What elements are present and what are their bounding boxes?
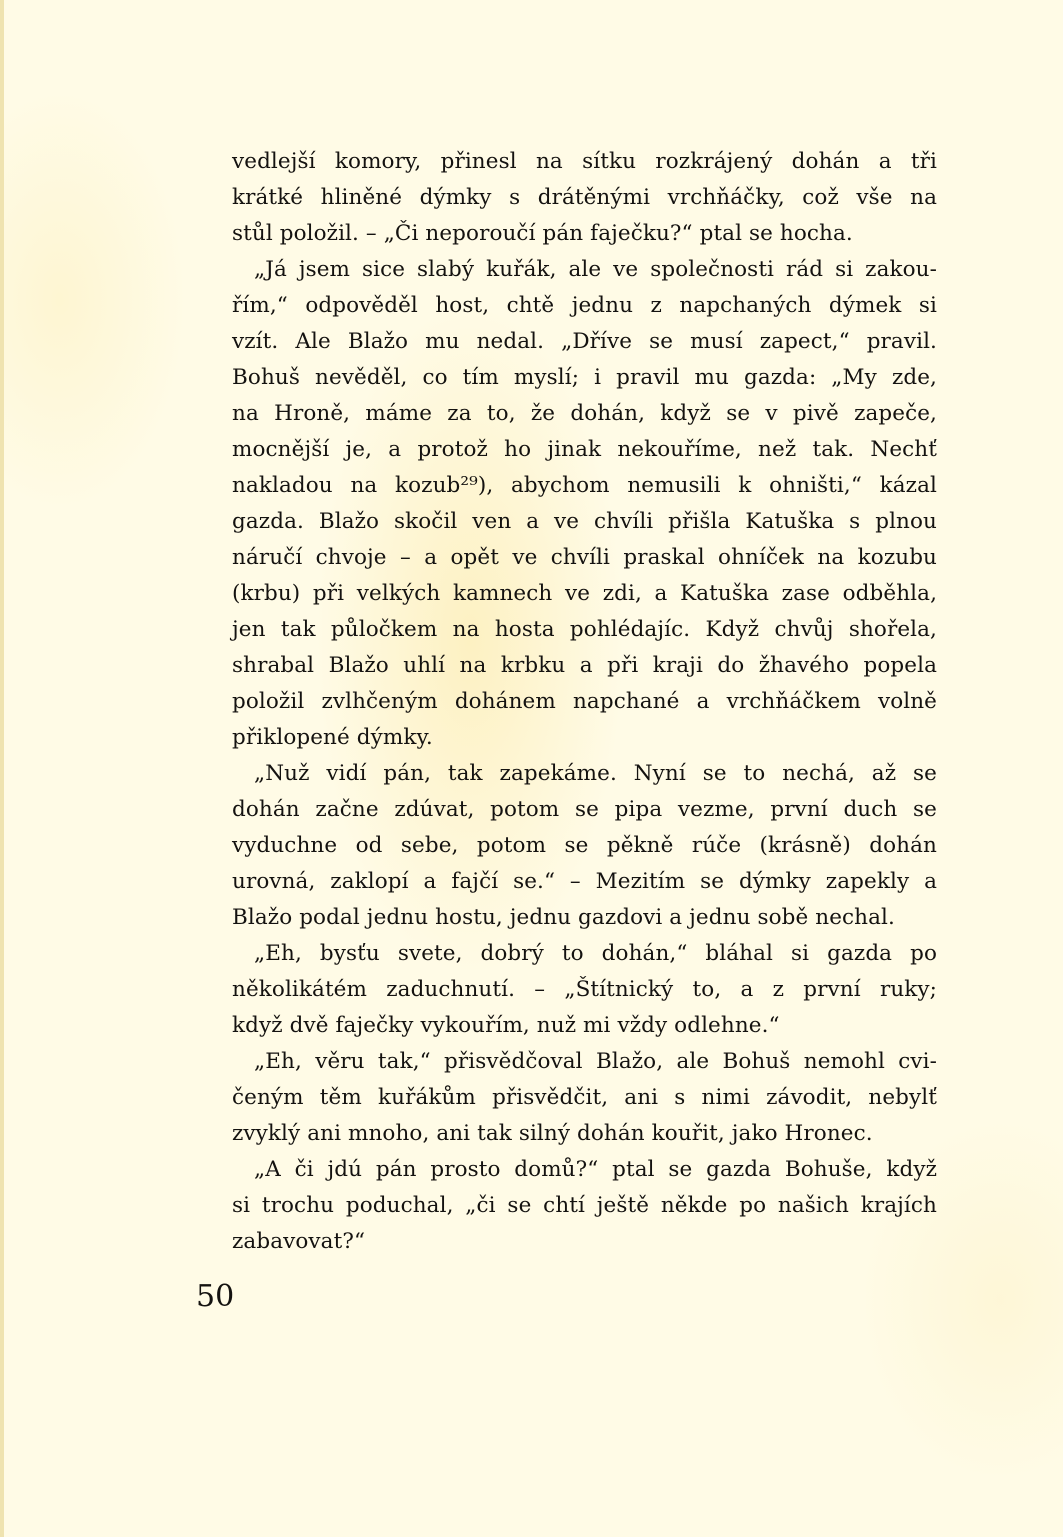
text-line: Blažo podal jednu hostu, jednu gazdovi a… [232, 900, 937, 936]
text-line: si trochu poduchal, „či se chtí ještě ně… [232, 1188, 937, 1224]
text-line: „Eh, bysťu svete, dobrý to dohán,“ bláha… [232, 936, 937, 972]
text-line: „A či jdú pán prosto domů?“ ptal se gazd… [232, 1152, 937, 1188]
text-line: (krbu) při velkých kamnech ve zdi, a Kat… [232, 576, 937, 612]
text-line: několikátém zaduchnutí. – „Štítnický to,… [232, 972, 937, 1008]
text-line: gazda. Blažo skočil ven a ve chvíli přiš… [232, 504, 937, 540]
text-line: dohán začne zdúvat, potom se pipa vezme,… [232, 792, 937, 828]
book-page: vedlejší komory, přinesl na sítku rozkrá… [0, 0, 1063, 1537]
text-line: krátké hliněné dýmky s drátěnými vrchňáč… [232, 180, 937, 216]
text-line: když dvě faječky vykouřím, nuž mi vždy o… [232, 1008, 937, 1044]
text-line: na Hroně, máme za to, že dohán, když se … [232, 396, 937, 432]
text-line: zvyklý ani mnoho, ani tak silný dohán ko… [232, 1116, 937, 1152]
text-line: mocnější je, a protož ho jinak nekouříme… [232, 432, 937, 468]
text-line: vyduchne od sebe, potom se pěkně rúče (k… [232, 828, 937, 864]
text-line: položil zvlhčeným dohánem napchané a vrc… [232, 684, 937, 720]
text-line: čeným těm kuřákům přisvědčit, ani s nimi… [232, 1080, 937, 1116]
text-line: „Nuž vidí pán, tak zapekáme. Nyní se to … [232, 756, 937, 792]
text-line: stůl položil. – „Či neporoučí pán faječk… [232, 216, 937, 252]
text-line: jen tak půločkem na hosta pohlédajíc. Kd… [232, 612, 937, 648]
page-edge [0, 0, 4, 1537]
text-line: shrabal Blažo uhlí na krbku a při kraji … [232, 648, 937, 684]
text-line: řím,“ odpověděl host, chtě jednu z napch… [232, 288, 937, 324]
text-line: náručí chvoje – a opět ve chvíli praskal… [232, 540, 937, 576]
text-line: nakladou na kozub²⁹), abychom nemusili k… [232, 468, 937, 504]
text-line: „Já jsem sice slabý kuřák, ale ve společ… [232, 252, 937, 288]
text-line: vzít. Ale Blažo mu nedal. „Dříve se musí… [232, 324, 937, 360]
text-line: „Eh, věru tak,“ přisvědčoval Blažo, ale … [232, 1044, 937, 1080]
text-line: přiklopené dýmky. [232, 720, 937, 756]
text-line: zabavovat?“ [232, 1224, 937, 1260]
page-number: 50 [196, 1279, 234, 1315]
text-line: urovná, zaklopí a fajčí se.“ – Mezitím s… [232, 864, 937, 900]
body-text: vedlejší komory, přinesl na sítku rozkrá… [232, 144, 937, 1260]
text-line: Bohuš nevěděl, co tím myslí; i pravil mu… [232, 360, 937, 396]
text-line: vedlejší komory, přinesl na sítku rozkrá… [232, 144, 937, 180]
